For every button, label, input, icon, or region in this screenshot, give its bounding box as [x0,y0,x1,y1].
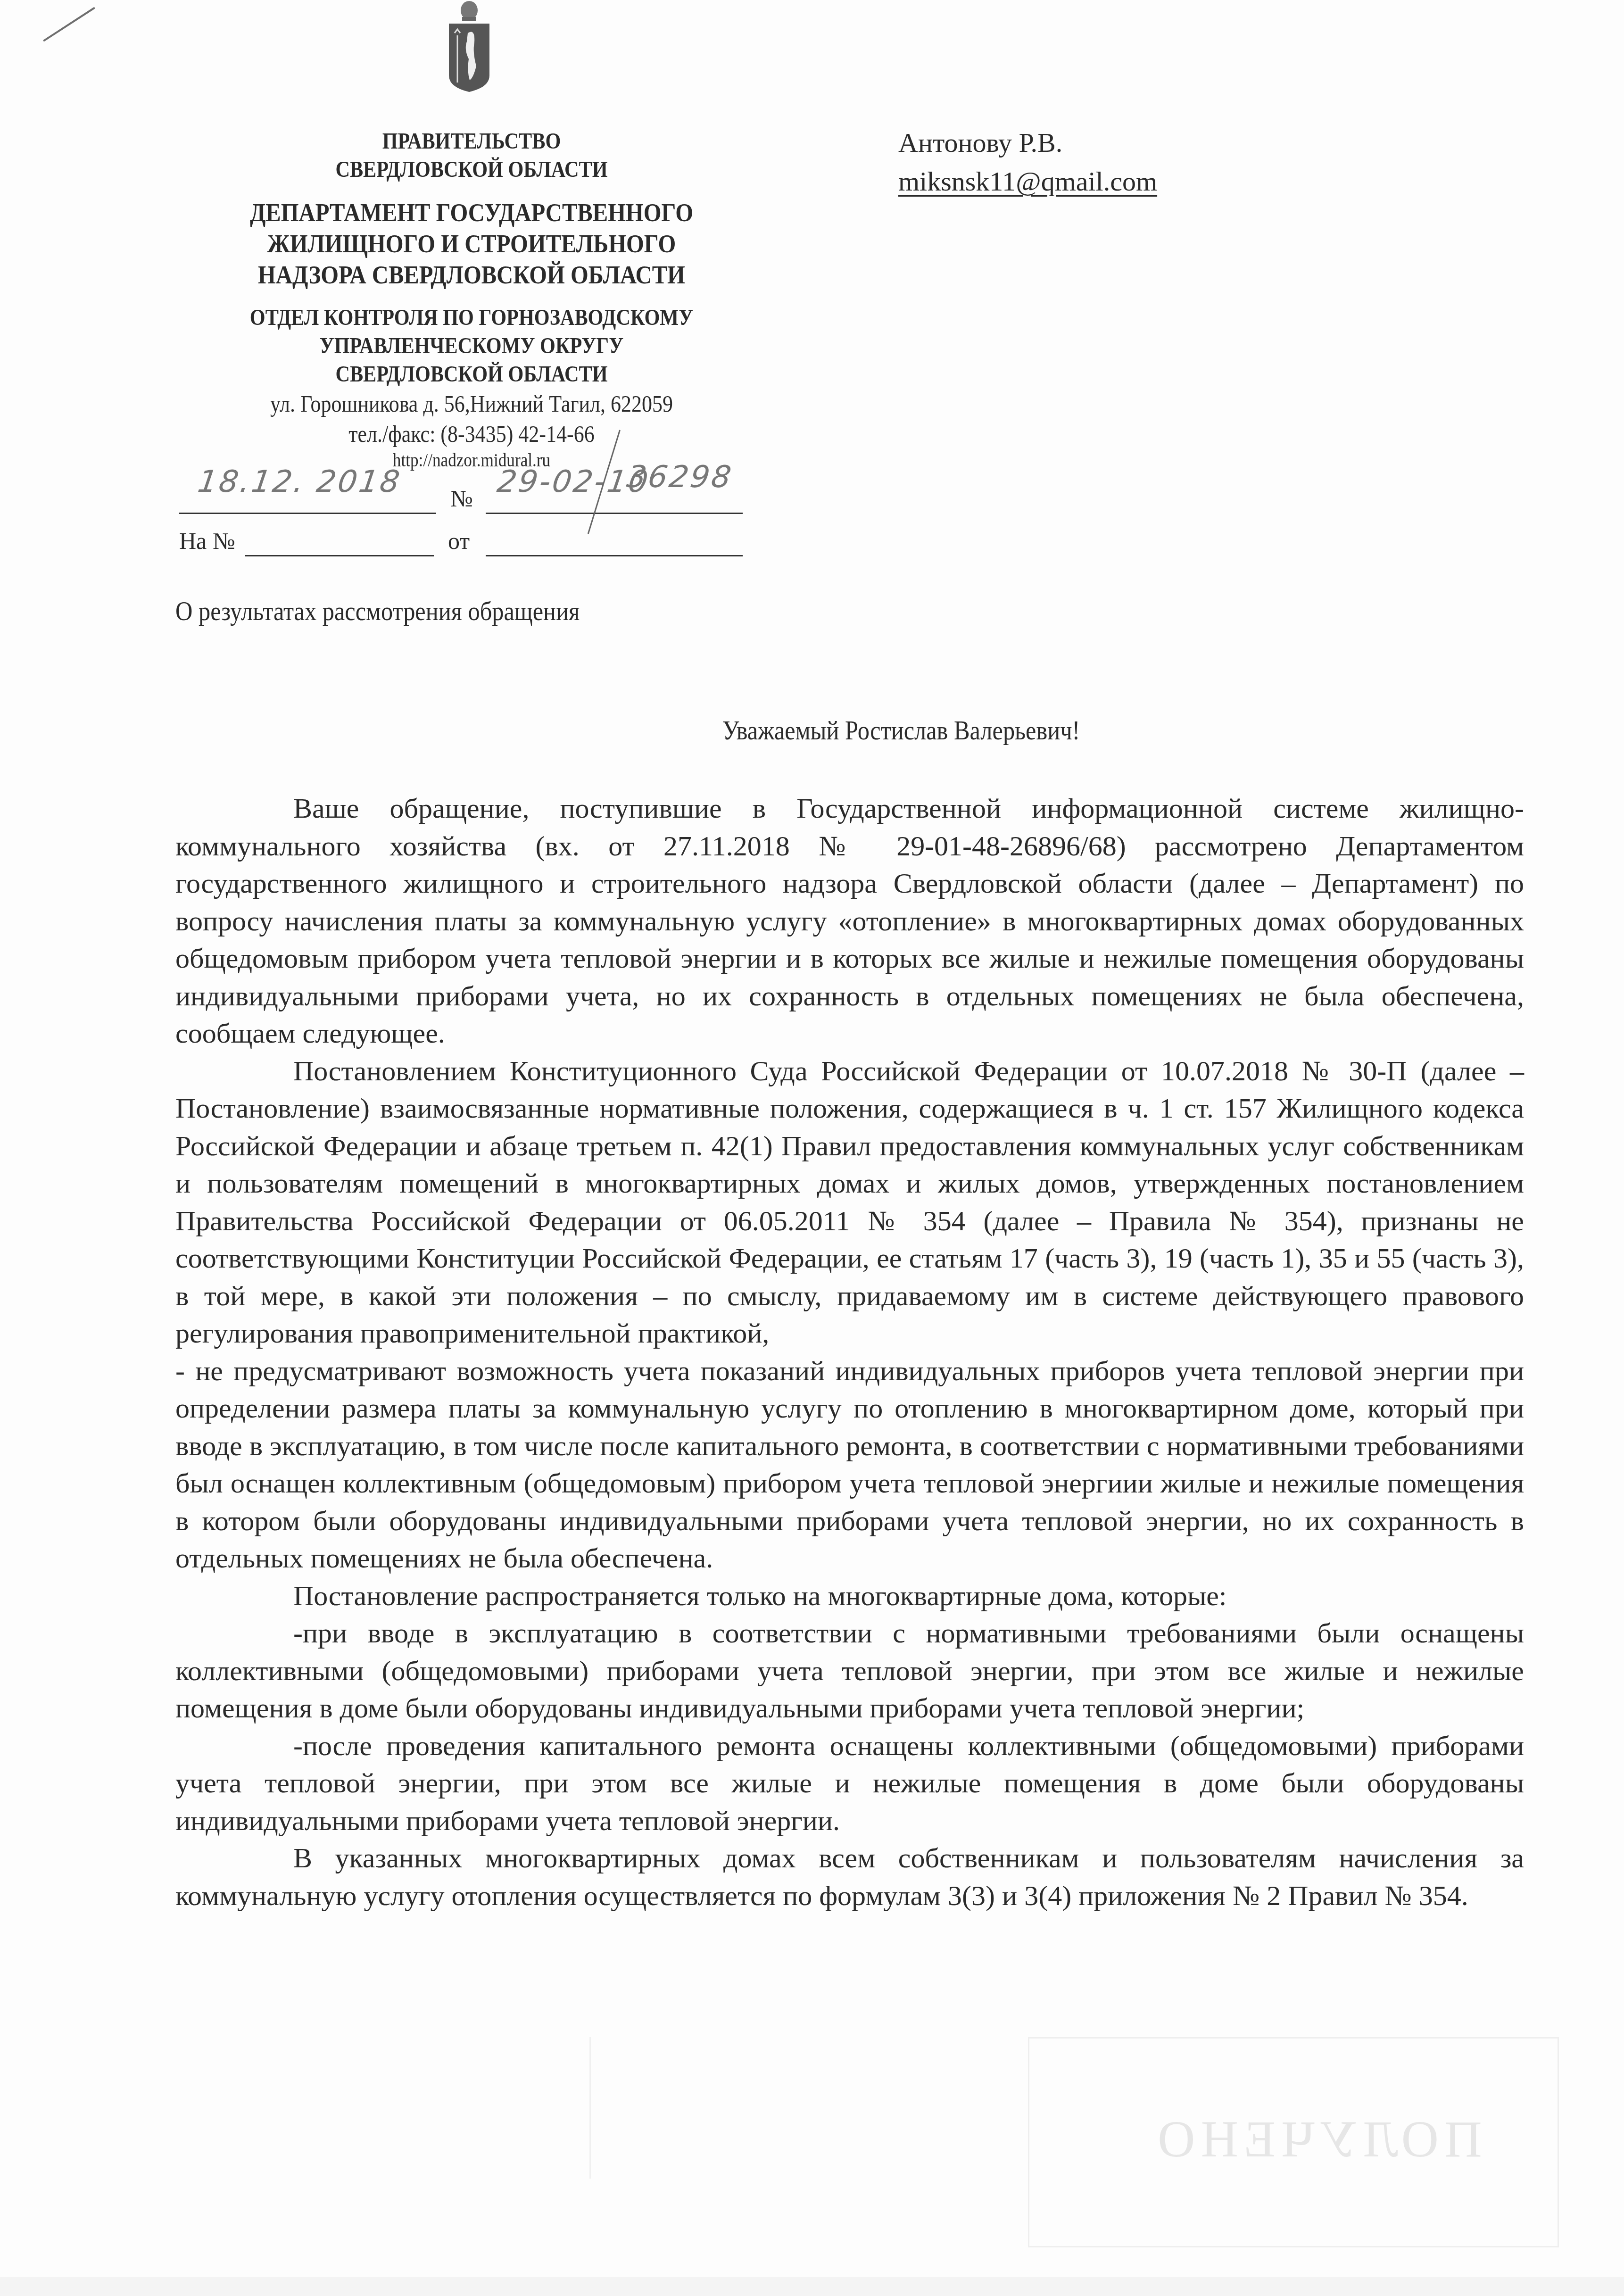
paragraph: Постановление распространяется только на… [175,1577,1524,1615]
address: ул. Горошникова д. 56,Нижний Тагил, 6220… [202,389,741,419]
bleed-through-stamp: ПОЛУЧЕНО [1028,2037,1559,2247]
reply-row: На № от [179,519,745,561]
scan-edge [0,2277,1624,2296]
paragraph: Ваше обращение, поступившие в Государств… [175,790,1524,1053]
number-label: № [450,485,473,512]
division-name: ОТДЕЛ КОНТРОЛЯ ПО ГОРНОЗАВОДСКОМУ УПРАВЛ… [165,304,778,389]
paragraph: - не предусматривают возможность учета п… [175,1352,1524,1577]
salutation: Уважаемый Ростислав Валерьевич! [81,716,1543,746]
department-name: ДЕПАРТАМЕНТ ГОСУДАРСТВЕННОГО ЖИЛИЩНОГО И… [165,197,778,290]
pen-mark [43,7,95,42]
letterhead: ПРАВИТЕЛЬСТВО СВЕРДЛОВСКОЙ ОБЛАСТИ ДЕПАР… [165,127,778,472]
coat-of-arms-icon [439,0,500,94]
handwritten-date: 18.12. 2018 [196,464,404,499]
phone: тел./факс: (8-3435) 42-14-66 [202,419,741,449]
number-line [486,513,743,514]
paragraph: В указанных многоквартирных домах всем с… [175,1840,1524,1915]
bleed-through-stamp-text: ПОЛУЧЕНО [1152,2109,1482,2169]
from-label: от [448,527,470,555]
reply-number-line [245,555,434,556]
recipient: Антонову Р.В. miksnsk11@qmail.com [898,124,1157,201]
date-line [179,513,436,514]
letter-body: Ваше обращение, поступившие в Государств… [175,790,1524,1915]
paragraph: Постановлением Конституционного Суда Рос… [175,1053,1524,1352]
list-item: -после проведения капитального ремонта о… [175,1727,1524,1840]
reply-date-line [486,555,743,556]
recipient-email[interactable]: miksnsk11@qmail.com [898,162,1157,201]
reply-label: На № [179,527,235,555]
list-item: -при вводе в эксплуатацию в соответствии… [175,1615,1524,1727]
government-name: ПРАВИТЕЛЬСТВО СВЕРДЛОВСКОЙ ОБЛАСТИ [165,127,778,184]
handwritten-number-suffix: 36298 [625,460,735,495]
subject-line: О результатах рассмотрения обращения [175,597,580,627]
recipient-name: Антонову Р.В. [898,124,1157,162]
bleed-through-mark [589,2037,591,2179]
